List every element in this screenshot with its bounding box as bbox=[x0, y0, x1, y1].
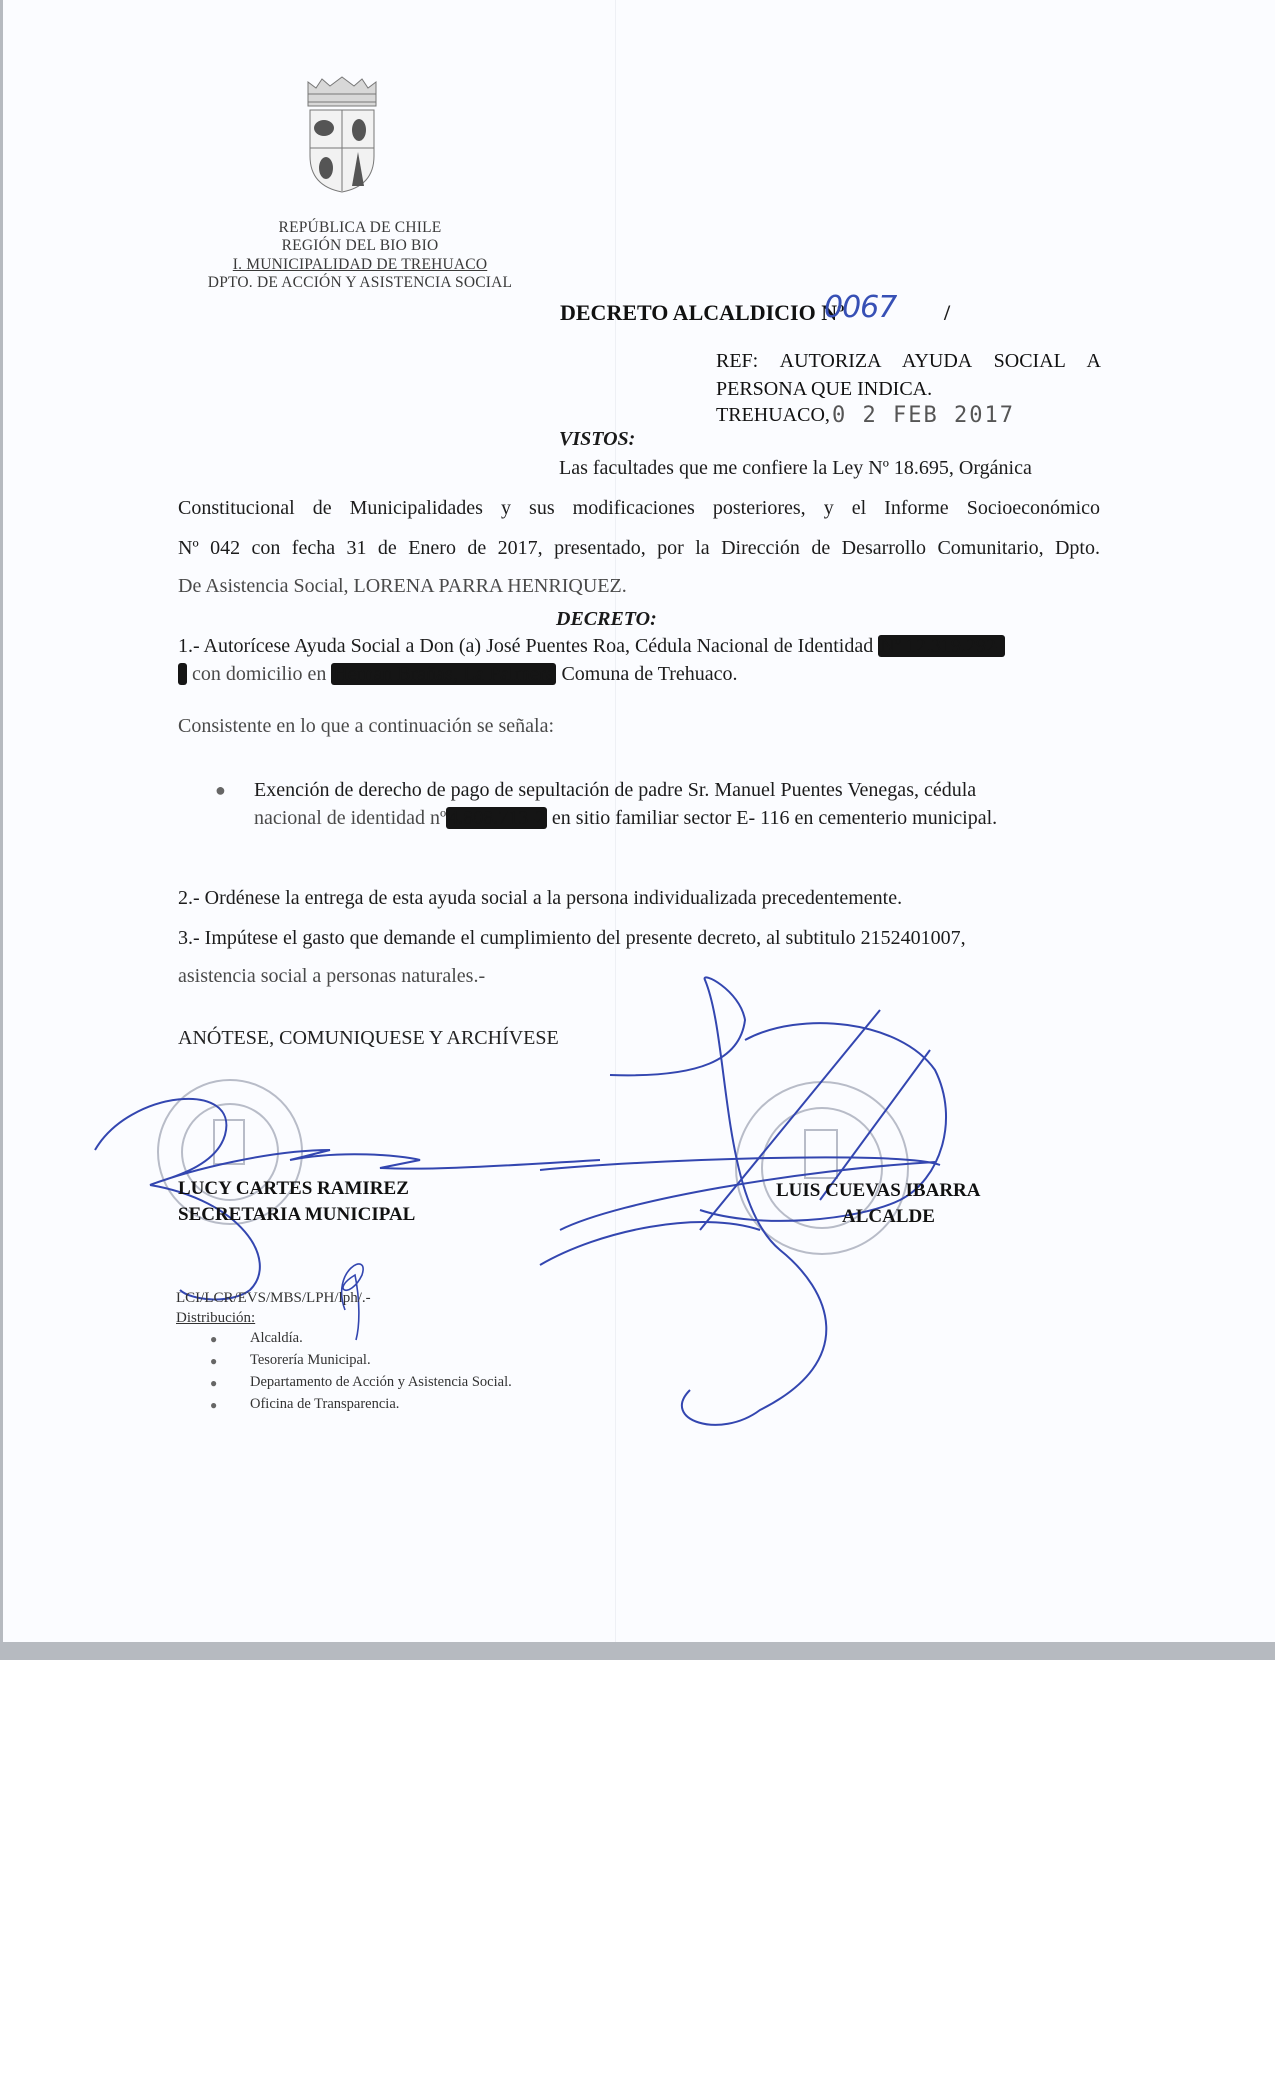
left-signatory-name: LUCY CARTES RAMIREZ bbox=[178, 1178, 409, 1200]
distribution-item: Departamento de Acción y Asistencia Soci… bbox=[250, 1374, 512, 1391]
reference-initials: LCI/LCR/EVS/MBS/LPH/lph/.- bbox=[176, 1290, 371, 1307]
distribution-item: Tesorería Municipal. bbox=[250, 1352, 371, 1369]
left-signatory-title: SECRETARIA MUNICIPAL bbox=[178, 1204, 415, 1226]
bullet-icon: ● bbox=[210, 1354, 217, 1369]
right-signatory-title: ALCALDE bbox=[842, 1206, 935, 1228]
bullet-icon: ● bbox=[210, 1332, 217, 1347]
bullet-icon: ● bbox=[210, 1376, 217, 1391]
distribution-item: Oficina de Transparencia. bbox=[250, 1396, 399, 1413]
left-stamp-icon bbox=[158, 1080, 302, 1224]
bullet-icon: ● bbox=[210, 1398, 217, 1413]
distribution-label: Distribución: bbox=[176, 1310, 255, 1327]
signatures-and-stamps bbox=[0, 0, 1275, 1660]
distribution-item: Alcaldía. bbox=[250, 1330, 303, 1347]
right-signatory-name: LUIS CUEVAS IBARRA bbox=[776, 1180, 980, 1202]
